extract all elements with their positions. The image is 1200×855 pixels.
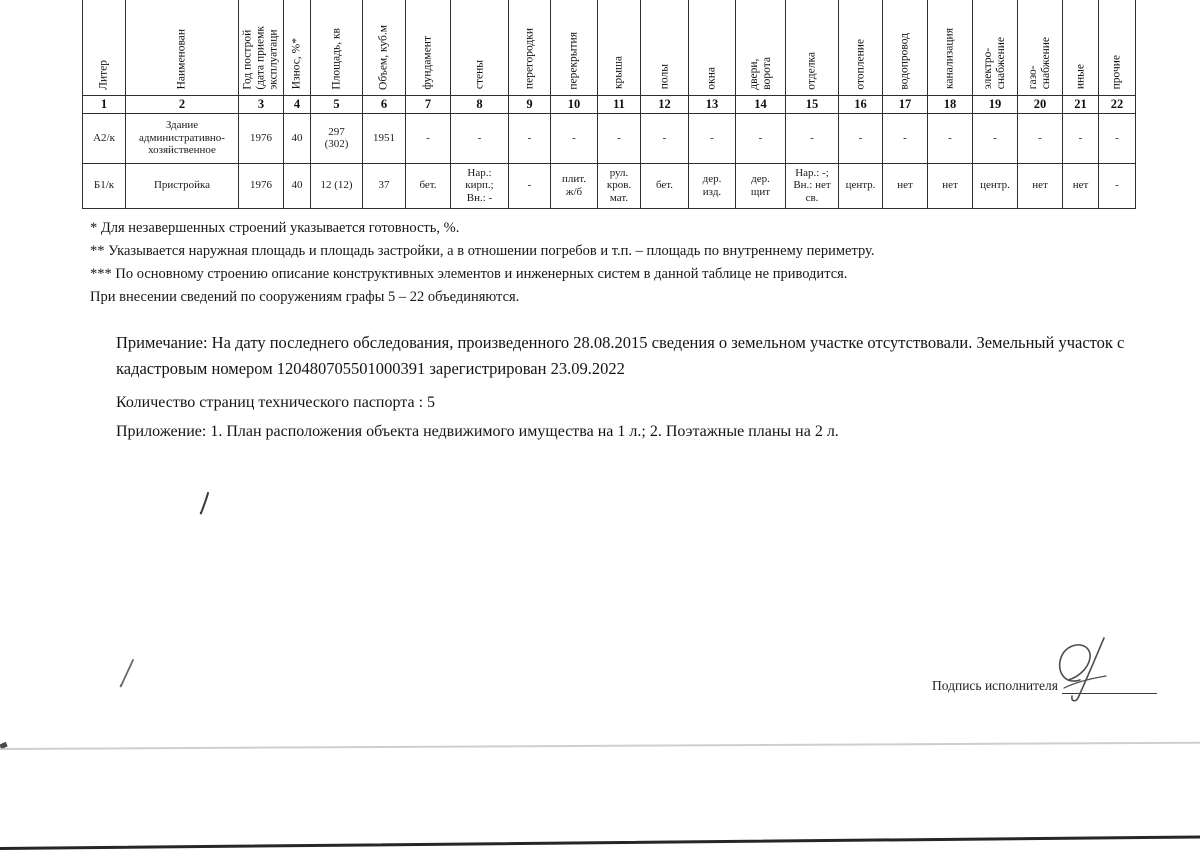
footnote-line: * Для незавершенных строений указывается… — [90, 217, 874, 240]
column-header: иные — [1074, 64, 1087, 89]
table-cell: бет. — [406, 163, 451, 208]
table-cell: бет. — [641, 163, 689, 208]
table-cell: - — [839, 113, 883, 163]
table-cell: нет — [1063, 163, 1099, 208]
header-cell: Износ, %* — [284, 0, 311, 95]
column-header: Год построй (дата приемк эксплуатаци — [242, 26, 281, 90]
column-number: 22 — [1099, 95, 1136, 113]
table-cell: Пристройка — [126, 163, 239, 208]
pages-count-line: Количество страниц технического паспорта… — [116, 394, 435, 412]
attachment-line: Приложение: 1. План расположения объекта… — [116, 423, 839, 441]
column-header: Износ, %* — [291, 38, 304, 89]
header-cell: Год построй (дата приемк эксплуатаци — [239, 0, 284, 95]
column-number: 16 — [839, 95, 883, 113]
column-numbers-row: 12345678910111213141516171819202122 — [83, 95, 1136, 113]
pen-mark — [118, 658, 136, 690]
note-paragraph: Примечание: На дату последнего обследова… — [116, 330, 1146, 382]
footnote-line: При внесении сведений по сооружениям гра… — [90, 286, 874, 309]
table-cell: А2/к — [83, 113, 126, 163]
table-cell: нет — [928, 163, 973, 208]
column-header: отопление — [854, 39, 867, 90]
header-cell: окна — [689, 0, 736, 95]
table-cell: 37 — [363, 163, 406, 208]
table-cell: 40 — [284, 163, 311, 208]
document-page: ЛитерНаименованГод построй (дата приемк … — [0, 0, 1200, 855]
table-cell: - — [509, 113, 551, 163]
column-number: 4 — [284, 95, 311, 113]
table-row: А2/кЗдание административно- хозяйственно… — [83, 113, 1136, 163]
header-row: ЛитерНаименованГод построй (дата приемк … — [83, 0, 1136, 95]
column-number: 17 — [883, 95, 928, 113]
column-number: 11 — [598, 95, 641, 113]
table-cell: рул. кров. мат. — [598, 163, 641, 208]
table-cell: дер. изд. — [689, 163, 736, 208]
column-header: крыша — [613, 56, 626, 89]
header-cell: электро- снабжение — [973, 0, 1018, 95]
header-cell: прочие — [1099, 0, 1136, 95]
table-cell: центр. — [839, 163, 883, 208]
table-cell: нет — [883, 163, 928, 208]
column-number: 20 — [1018, 95, 1063, 113]
footnotes-block: * Для незавершенных строений указывается… — [90, 217, 874, 309]
table-wrap: ЛитерНаименованГод построй (дата приемк … — [82, 0, 1136, 209]
column-number: 8 — [451, 95, 509, 113]
column-number: 19 — [973, 95, 1018, 113]
column-header: Наименован — [176, 29, 189, 89]
table-cell: - — [736, 113, 786, 163]
column-number: 1 — [83, 95, 126, 113]
table-cell: - — [641, 113, 689, 163]
column-header: двери, ворота — [748, 57, 774, 90]
header-cell: отопление — [839, 0, 883, 95]
column-header: перекрытия — [568, 32, 581, 90]
column-header: окна — [706, 67, 719, 90]
column-header: перегородки — [523, 28, 536, 89]
column-number: 5 — [311, 95, 363, 113]
table-cell: - — [689, 113, 736, 163]
header-cell: перегородки — [509, 0, 551, 95]
footnote-line: ** Указывается наружная площадь и площад… — [90, 240, 874, 263]
header-cell: Площадь, кв — [311, 0, 363, 95]
column-number: 2 — [126, 95, 239, 113]
table-cell: - — [1099, 163, 1136, 208]
header-cell: водопровод — [883, 0, 928, 95]
column-number: 3 — [239, 95, 284, 113]
table-cell: Нар.: кирп.; Вн.: - — [451, 163, 509, 208]
table-cell: 1976 — [239, 163, 284, 208]
header-cell: отделка — [786, 0, 839, 95]
column-header: Объем, куб.м — [378, 25, 391, 90]
table-cell: - — [883, 113, 928, 163]
table-cell: 12 (12) — [311, 163, 363, 208]
pen-mark — [198, 492, 212, 516]
column-number: 9 — [509, 95, 551, 113]
table-cell: - — [1063, 113, 1099, 163]
table-cell: 297 (302) — [311, 113, 363, 163]
scan-artifact-line — [0, 742, 1200, 750]
header-cell: канализация — [928, 0, 973, 95]
table-cell: - — [786, 113, 839, 163]
table-cell: плит. ж/б — [551, 163, 598, 208]
table-cell: Б1/к — [83, 163, 126, 208]
table-row: Б1/кПристройка19764012 (12)37бет.Нар.: к… — [83, 163, 1136, 208]
signature-label: Подпись исполнителя — [932, 678, 1058, 694]
header-cell: фундамент — [406, 0, 451, 95]
header-cell: двери, ворота — [736, 0, 786, 95]
table-cell: Здание административно- хозяйственное — [126, 113, 239, 163]
scan-artifact-line — [0, 835, 1200, 850]
column-header: стены — [473, 60, 486, 89]
table-cell: - — [551, 113, 598, 163]
table-cell: 1951 — [363, 113, 406, 163]
table-cell: нет — [1018, 163, 1063, 208]
construction-table: ЛитерНаименованГод построй (дата приемк … — [82, 0, 1136, 209]
table-cell: - — [973, 113, 1018, 163]
column-header: газо- снабжение — [1027, 37, 1053, 89]
column-number: 21 — [1063, 95, 1099, 113]
header-cell: Литер — [83, 0, 126, 95]
table-cell: - — [1018, 113, 1063, 163]
column-number: 10 — [551, 95, 598, 113]
footnote-line: *** По основному строению описание конст… — [90, 263, 874, 286]
column-number: 12 — [641, 95, 689, 113]
table-cell: - — [406, 113, 451, 163]
column-header: полы — [658, 64, 671, 89]
column-header: отделка — [806, 52, 819, 90]
column-header: электро- снабжение — [982, 37, 1008, 89]
column-header: водопровод — [899, 33, 912, 90]
header-cell: газо- снабжение — [1018, 0, 1063, 95]
signature — [1042, 636, 1128, 702]
header-cell: полы — [641, 0, 689, 95]
table-cell: 1976 — [239, 113, 284, 163]
column-number: 14 — [736, 95, 786, 113]
column-header: фундамент — [422, 36, 435, 90]
column-header: прочие — [1111, 55, 1124, 89]
table-cell: 40 — [284, 113, 311, 163]
table-cell: - — [598, 113, 641, 163]
header-cell: стены — [451, 0, 509, 95]
column-number: 15 — [786, 95, 839, 113]
table-cell: - — [451, 113, 509, 163]
table-cell: - — [1099, 113, 1136, 163]
table-cell: - — [928, 113, 973, 163]
header-cell: крыша — [598, 0, 641, 95]
header-cell: Наименован — [126, 0, 239, 95]
header-cell: Объем, куб.м — [363, 0, 406, 95]
column-header: канализация — [944, 28, 957, 89]
table-cell: Нар.: -; Вн.: нет св. — [786, 163, 839, 208]
column-header: Площадь, кв — [330, 28, 343, 90]
table-cell: - — [509, 163, 551, 208]
table-cell: дер. щит — [736, 163, 786, 208]
column-number: 7 — [406, 95, 451, 113]
column-number: 13 — [689, 95, 736, 113]
header-cell: перекрытия — [551, 0, 598, 95]
header-cell: иные — [1063, 0, 1099, 95]
column-header: Литер — [98, 60, 111, 90]
table-cell: центр. — [973, 163, 1018, 208]
column-number: 6 — [363, 95, 406, 113]
column-number: 18 — [928, 95, 973, 113]
